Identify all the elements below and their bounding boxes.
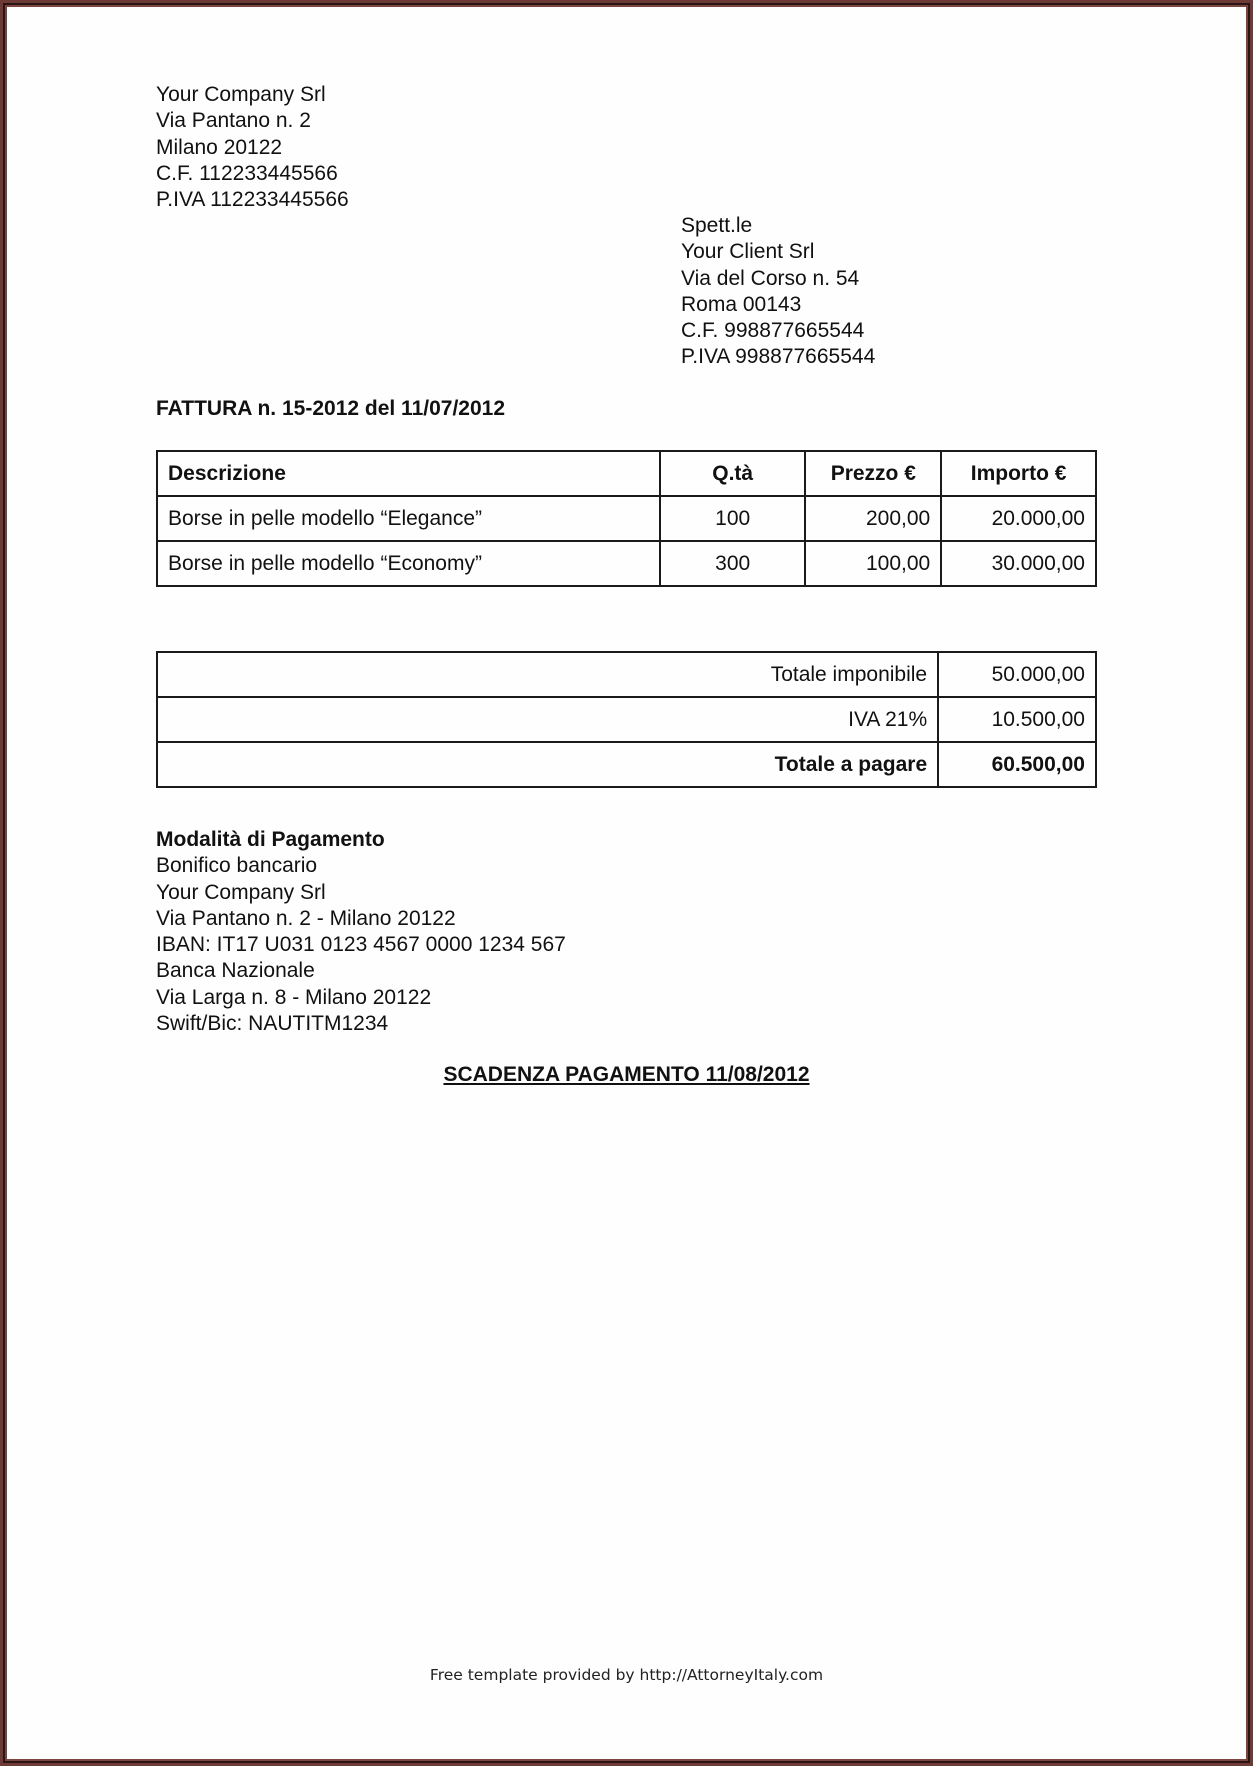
payment-title: Modalità di Pagamento (156, 827, 566, 853)
vat-value: 10.500,00 (938, 697, 1096, 742)
subtotal-value: 50.000,00 (938, 652, 1096, 697)
subtotal-row: Totale imponibile 50.000,00 (157, 652, 1096, 697)
item-quantity: 100 (660, 496, 805, 541)
item-quantity: 300 (660, 541, 805, 586)
header-description: Descrizione (157, 451, 660, 496)
recipient-company: Your Client Srl (681, 239, 875, 265)
footer-credit: Free template provided by http://Attorne… (0, 1666, 1253, 1684)
table-row: Borse in pelle modello “Economy” 300 100… (157, 541, 1096, 586)
recipient-tax-code: C.F. 998877665544 (681, 318, 875, 344)
vat-row: IVA 21% 10.500,00 (157, 697, 1096, 742)
invoice-title: FATTURA n. 15-2012 del 11/07/2012 (156, 397, 505, 421)
grand-total-label: Totale a pagare (157, 742, 938, 787)
sender-street: Via Pantano n. 2 (156, 108, 349, 134)
header-price: Prezzo € (805, 451, 941, 496)
grand-total-value: 60.500,00 (938, 742, 1096, 787)
recipient-vat: P.IVA 998877665544 (681, 344, 875, 370)
item-amount: 30.000,00 (941, 541, 1096, 586)
recipient-address: Spett.le Your Client Srl Via del Corso n… (681, 213, 875, 371)
sender-tax-code: C.F. 112233445566 (156, 161, 349, 187)
payment-bank-name: Banca Nazionale (156, 958, 566, 984)
payment-iban: IBAN: IT17 U031 0123 4567 0000 1234 567 (156, 932, 566, 958)
sender-vat: P.IVA 112233445566 (156, 187, 349, 213)
payment-bank-address: Via Larga n. 8 - Milano 20122 (156, 985, 566, 1011)
recipient-city: Roma 00143 (681, 292, 875, 318)
recipient-street: Via del Corso n. 54 (681, 266, 875, 292)
subtotal-label: Totale imponibile (157, 652, 938, 697)
item-description: Borse in pelle modello “Economy” (157, 541, 660, 586)
payment-beneficiary-address: Via Pantano n. 2 - Milano 20122 (156, 906, 566, 932)
payment-beneficiary: Your Company Srl (156, 880, 566, 906)
recipient-salutation: Spett.le (681, 213, 875, 239)
item-description: Borse in pelle modello “Elegance” (157, 496, 660, 541)
item-price: 200,00 (805, 496, 941, 541)
sender-city: Milano 20122 (156, 135, 349, 161)
item-price: 100,00 (805, 541, 941, 586)
grand-total-row: Totale a pagare 60.500,00 (157, 742, 1096, 787)
totals-table: Totale imponibile 50.000,00 IVA 21% 10.5… (156, 651, 1097, 788)
vat-label: IVA 21% (157, 697, 938, 742)
table-row: Borse in pelle modello “Elegance” 100 20… (157, 496, 1096, 541)
item-amount: 20.000,00 (941, 496, 1096, 541)
payment-method: Bonifico bancario (156, 853, 566, 879)
header-amount: Importo € (941, 451, 1096, 496)
items-table: Descrizione Q.tà Prezzo € Importo € Bors… (156, 450, 1097, 587)
payment-section: Modalità di Pagamento Bonifico bancario … (156, 827, 566, 1037)
payment-due-date: SCADENZA PAGAMENTO 11/08/2012 (0, 1063, 1253, 1087)
sender-address: Your Company Srl Via Pantano n. 2 Milano… (156, 82, 349, 213)
header-quantity: Q.tà (660, 451, 805, 496)
items-header-row: Descrizione Q.tà Prezzo € Importo € (157, 451, 1096, 496)
payment-swift: Swift/Bic: NAUTITM1234 (156, 1011, 566, 1037)
sender-company: Your Company Srl (156, 82, 349, 108)
